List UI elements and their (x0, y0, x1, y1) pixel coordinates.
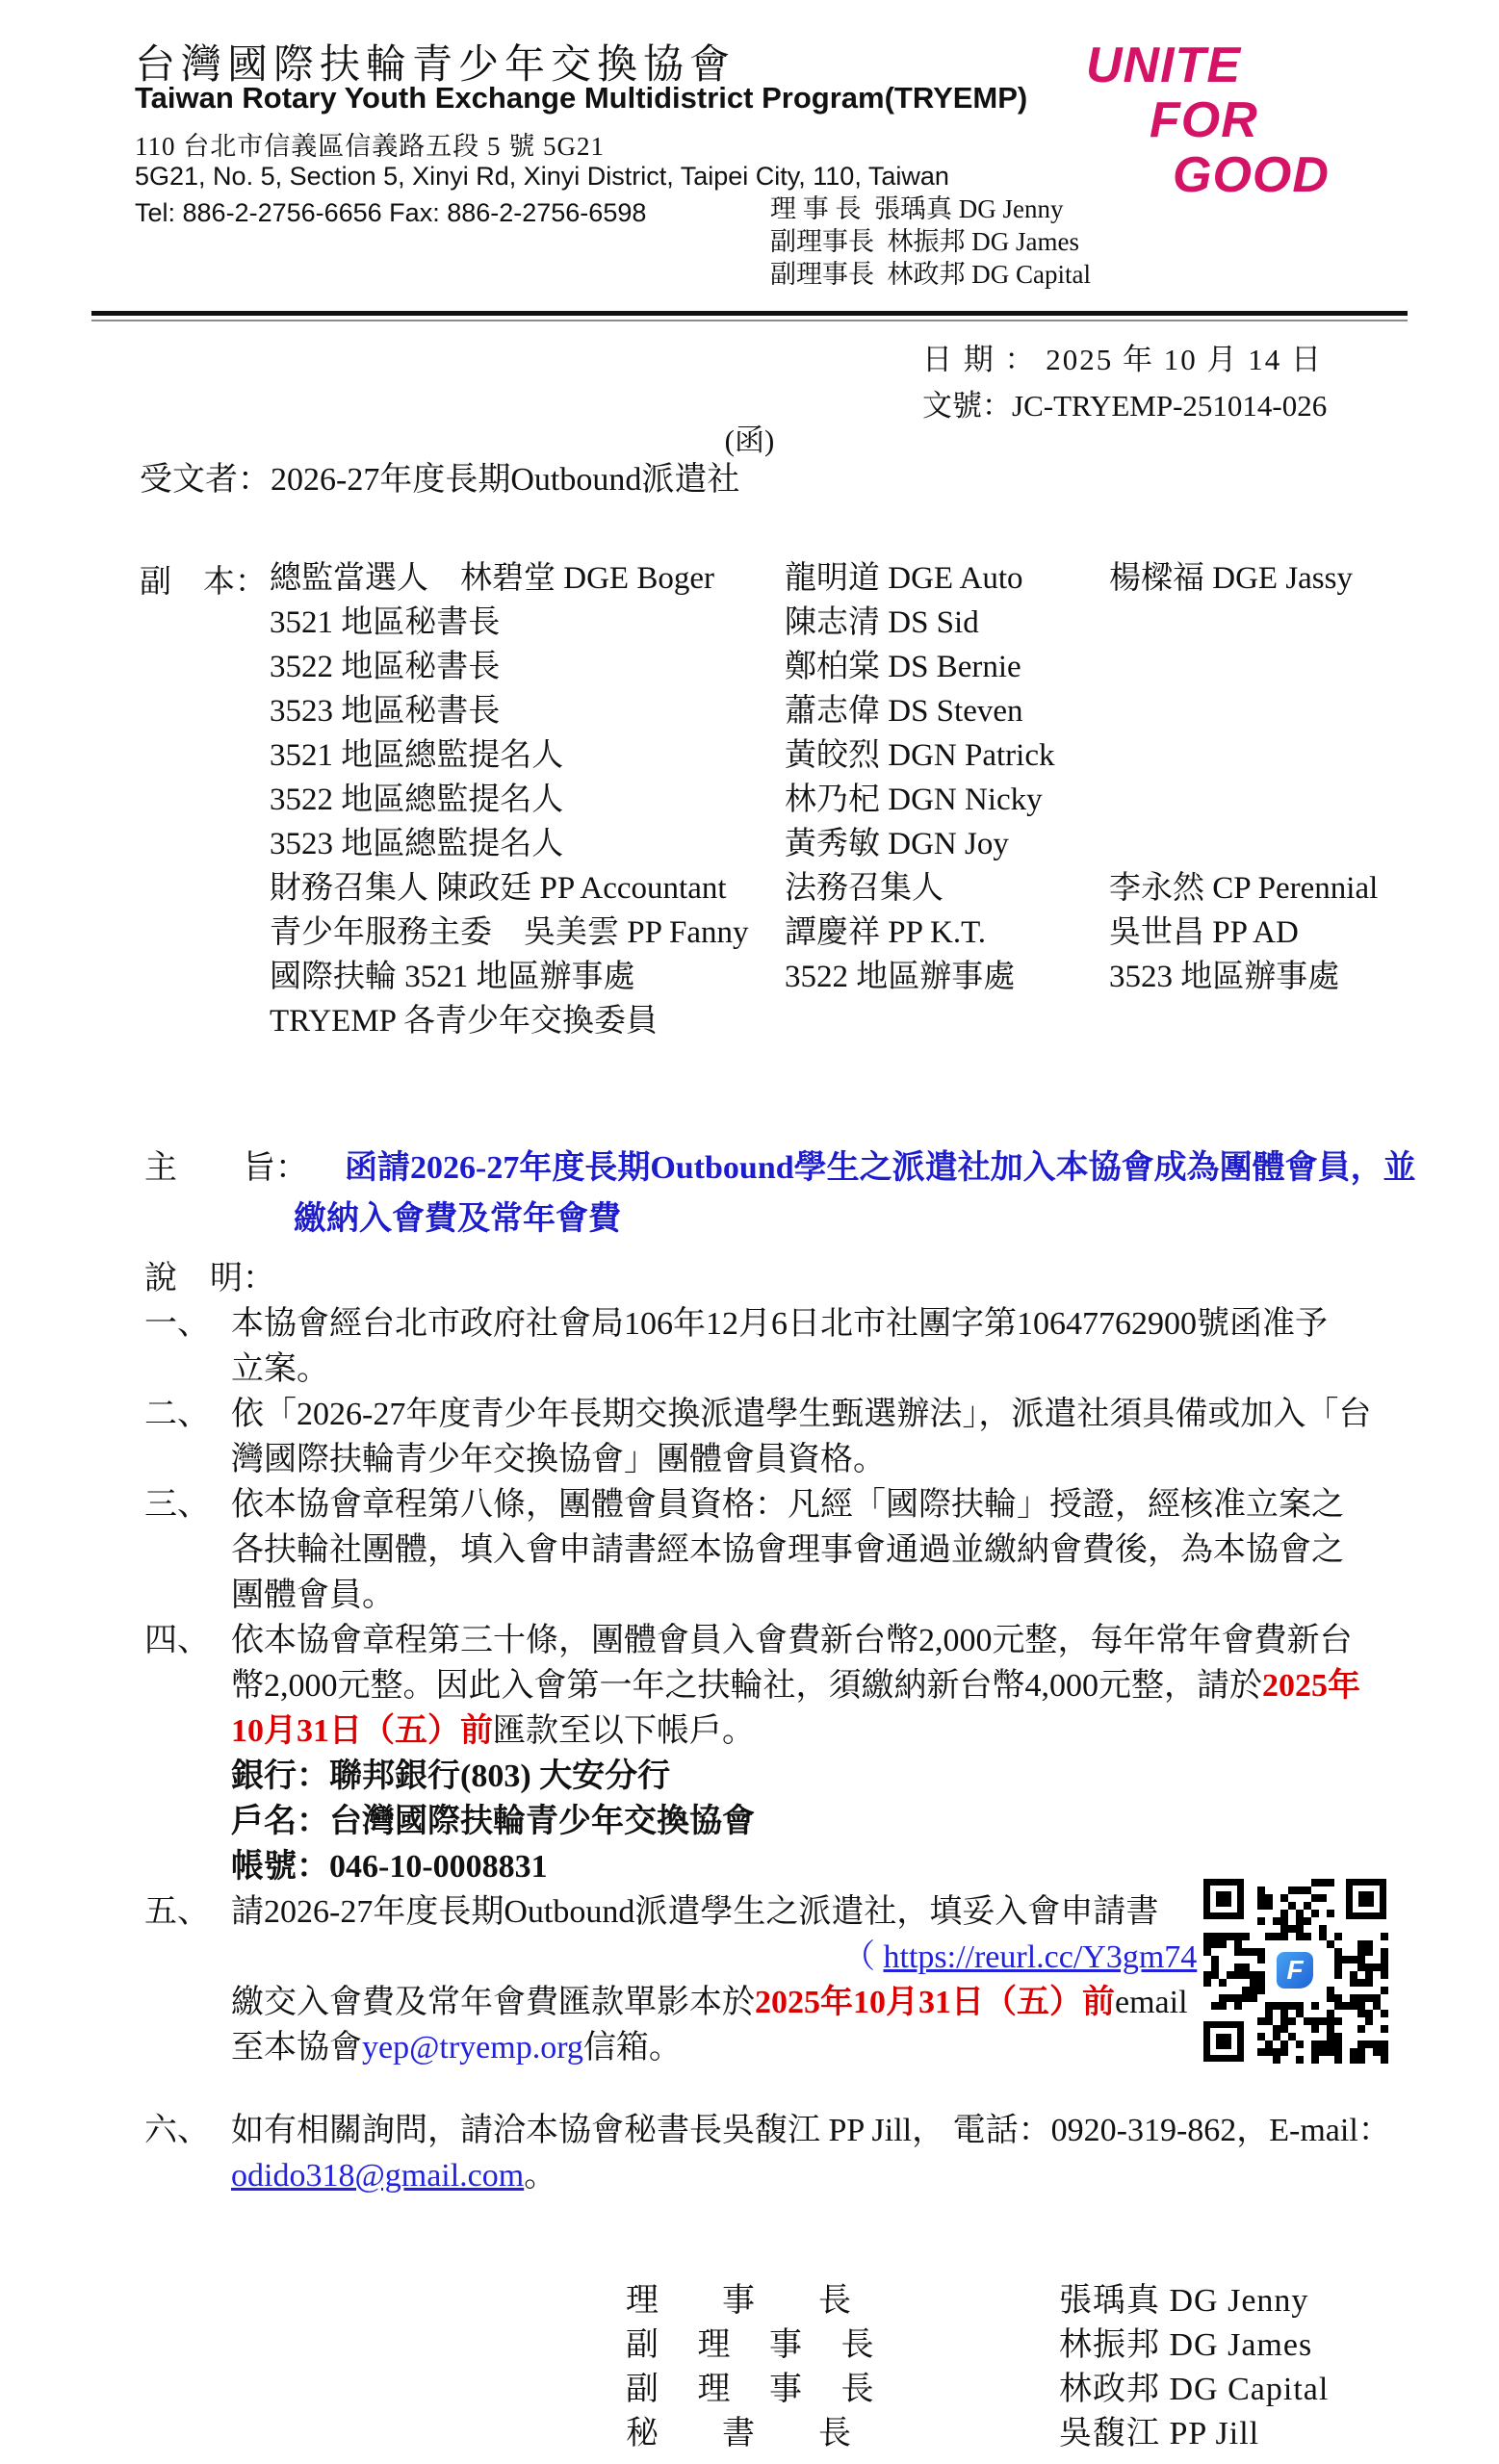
address-english: 5G21, No. 5, Section 5, Xinyi Rd, Xinyi … (135, 162, 949, 192)
header-divider-rule-shadow (91, 320, 1408, 321)
official-name: 張瑀真 DG Jenny (874, 194, 1064, 223)
item-3-line-1: 依本協會章程第八條，團體會員資格：凡經「國際扶輪」授證，經核准立案之 (231, 1477, 1344, 1525)
cc-cell: 青少年服務主委 吳美雲 PP Fanny (270, 911, 785, 955)
item-4-line-2-text: 幣2,000元整。因此入會第一年之扶輪社，須繳納新台幣4,000元整，請於 (231, 1668, 1262, 1704)
cc-cell: 3523 地區辦事處 (1109, 955, 1378, 999)
odido-email-link[interactable]: odido318@gmail.com (231, 2158, 524, 2194)
qr-finder-icon (1203, 2021, 1244, 2062)
tel-fax-line: Tel: 886-2-2756-6656 Fax: 886-2-2756-659… (135, 198, 646, 228)
item-6-number: 六、 (144, 2103, 210, 2150)
item-5-line-4-text-2: 信箱。 (583, 2030, 682, 2066)
qr-finder-icon (1346, 1879, 1386, 1919)
officials-block: 理 事 長 張瑀真 DG Jenny 副理事長 林振邦 DG James 副理事… (770, 192, 1091, 291)
official-title: 副理事長 (770, 227, 874, 256)
signature-name: 林振邦 DG James (1059, 2323, 1312, 2368)
cc-cell: TRYEMP 各青少年交換委員 (270, 999, 785, 1043)
item-6-line-1: 如有相關詢問，請洽本協會秘書長吳馥江 PP Jill， 電話：0920-319-… (231, 2103, 1391, 2150)
item-4-line-2: 幣2,000元整。因此入會第一年之扶輪社，須繳納新台幣4,000元整，請於202… (231, 1658, 1360, 1706)
item-2-line-1: 依「2026-27年度青少年長期交換派遣學生甄選辦法」，派遣社須具備或加入「台 (231, 1387, 1371, 1434)
account-number-line: 帳號：046-10-0008831 (231, 1839, 548, 1886)
letter-document: 台灣國際扶輪青少年交換協會 Taiwan Rotary Youth Exchan… (0, 0, 1499, 2464)
cc-row: 財務召集人 陳政廷 PP Accountant法務召集人李永然 CP Peren… (270, 866, 1378, 911)
item-5-number: 五、 (144, 1885, 210, 1932)
item-5-line-1: 請2026-27年度長期Outbound派遣學生之派遣社，填妥入會申請書 (231, 1885, 1158, 1932)
signature-title: 秘 書 長 (626, 2412, 866, 2456)
cc-cell: 3523 地區秘書長 (270, 689, 785, 733)
cc-cell: 蕭志偉 DS Steven (785, 689, 1109, 733)
cc-cell: 黃皎烈 DGN Patrick (785, 733, 1109, 778)
cc-cell: 3522 地區總監提名人 (270, 778, 785, 822)
signature-row-vice-chair-2: 副 理 事 長 林政邦 DG Capital (626, 2368, 890, 2412)
address-chinese: 110 台北市信義區信義路五段 5 號 5G21 (135, 125, 605, 163)
official-name: 林振邦 DG James (888, 227, 1079, 256)
qr-finder-icon (1203, 1879, 1244, 1919)
cc-row: 總監當選人 林碧堂 DGE Boger龍明道 DGE Auto楊樑福 DGE J… (270, 556, 1378, 601)
cc-row: 3522 地區總監提名人林乃杞 DGN Nicky (270, 778, 1378, 822)
item-2-number: 二、 (144, 1387, 210, 1434)
qr-code: F (1203, 1879, 1386, 2062)
item-5-line-4-text-1: 至本協會 (231, 2030, 362, 2066)
item-3-line-3: 團體會員。 (231, 1568, 395, 1615)
subject-label: 主 旨： (144, 1141, 308, 1188)
cc-cell: 3523 地區總監提名人 (270, 822, 785, 866)
cc-cell: 譚慶祥 PP K.T. (785, 911, 1109, 955)
cc-row: 3523 地區總監提名人黃秀敏 DGN Joy (270, 822, 1378, 866)
cc-cell: 3522 地區辦事處 (785, 955, 1109, 999)
qr-logo-letter: F (1277, 1952, 1313, 1989)
cc-row: 青少年服務主委 吳美雲 PP Fanny譚慶祥 PP K.T.吳世昌 PP AD (270, 911, 1378, 955)
cc-cell: 3521 地區秘書長 (270, 601, 785, 645)
cc-cell (1109, 733, 1378, 778)
signature-title: 理 事 長 (626, 2279, 866, 2323)
cc-row: 3522 地區秘書長鄭柏棠 DS Bernie (270, 645, 1378, 689)
official-vice-chair-1: 副理事長 林振邦 DG James (770, 225, 1091, 258)
cc-row: 3521 地區秘書長陳志清 DS Sid (270, 601, 1378, 645)
signature-row-chair: 理 事 長 張瑀真 DG Jenny (626, 2279, 890, 2323)
cc-cell: 李永然 CP Perennial (1109, 866, 1378, 911)
cc-cell: 3522 地區秘書長 (270, 645, 785, 689)
cc-cell: 林乃杞 DGN Nicky (785, 778, 1109, 822)
recipient-line: 受文者：2026-27年度長期Outbound派遣社 (140, 452, 739, 500)
item-4-line-3: 10月31日（五）前匯款至以下帳戶。 (231, 1704, 755, 1751)
item-5-line-3: 繳交入會費及常年會費匯款單影本於2025年10月31日（五）前email (231, 1975, 1188, 2022)
item-6-line-2: odido318@gmail.com。 (231, 2148, 556, 2195)
official-title: 副理事長 (770, 260, 874, 289)
cc-cell: 財務召集人 陳政廷 PP Accountant (270, 866, 785, 911)
cc-cell: 陳志清 DS Sid (785, 601, 1109, 645)
subject-line-1: 函請2026-27年度長期Outbound學生之派遣社加入本協會成為團體會員，並 (345, 1141, 1416, 1188)
signature-title: 副 理 事 長 (626, 2368, 890, 2412)
item-5-line-3-text-1: 繳交入會費及常年會費匯款單影本於 (231, 1985, 755, 2020)
official-chair: 理 事 長 張瑀真 DG Jenny (770, 192, 1091, 225)
cc-cell: 國際扶輪 3521 地區辦事處 (270, 955, 785, 999)
item-6-line-2-end: 。 (524, 2158, 556, 2194)
explanation-label: 說 明： (144, 1251, 275, 1298)
cc-cell: 吳世昌 PP AD (1109, 911, 1378, 955)
cc-cell: 法務召集人 (785, 866, 1109, 911)
qr-center-logo-icon: F (1270, 1945, 1320, 1995)
cc-cell: 鄭柏棠 DS Bernie (785, 645, 1109, 689)
cc-cell: 楊樑福 DGE Jassy (1109, 556, 1378, 601)
cc-list: 總監當選人 林碧堂 DGE Boger龍明道 DGE Auto楊樑福 DGE J… (270, 556, 1378, 1043)
item-1-line-2: 立案。 (231, 1342, 329, 1389)
recipient-label: 受文者： (140, 462, 271, 498)
cc-cell (1109, 645, 1378, 689)
paren-open: （ (842, 1939, 884, 1975)
item-5-line-4: 至本協會yep@tryemp.org信箱。 (231, 2020, 682, 2067)
cc-row: TRYEMP 各青少年交換委員 (270, 999, 1378, 1043)
cc-cell (1109, 778, 1378, 822)
item-3-number: 三、 (144, 1477, 210, 1525)
cc-cell: 黃秀敏 DGN Joy (785, 822, 1109, 866)
deadline-text: 2025年10月31日（五）前 (755, 1985, 1115, 2020)
cc-cell (1109, 999, 1378, 1043)
signature-row-secretary: 秘 書 長 吳馥江 PP Jill (626, 2412, 890, 2456)
item-4-line-1: 依本協會章程第三十條，團體會員入會費新台幣2,000元整，每年常年會費新台 (231, 1613, 1353, 1660)
item-1-number: 一、 (144, 1296, 210, 1344)
cc-label: 副 本： (140, 556, 267, 602)
bank-name-line: 銀行：聯邦銀行(803) 大安分行 (231, 1749, 670, 1796)
logo-word-unite: UNITE (1086, 38, 1330, 93)
subject-line-2: 繳納入會費及常年會費 (294, 1192, 621, 1239)
item-4-line-3-text: 匯款至以下帳戶。 (493, 1713, 755, 1749)
deadline-text: 2025年 (1262, 1668, 1360, 1704)
recipient-value: 2026-27年度長期Outbound派遣社 (271, 462, 739, 498)
unite-for-good-logo: UNITE FOR GOOD (1086, 38, 1330, 203)
official-vice-chair-2: 副理事長 林政邦 DG Capital (770, 258, 1091, 291)
item-5-line-3-text-2: email (1115, 1985, 1188, 2020)
org-name-english: Taiwan Rotary Youth Exchange Multidistri… (135, 81, 1027, 115)
item-1-line-1: 本協會經台北市政府社會局106年12月6日北市社團字第10647762900號函… (231, 1296, 1328, 1344)
account-name-line: 戶名：台灣國際扶輪青少年交換協會 (231, 1794, 755, 1841)
application-form-link[interactable]: https://reurl.cc/Y3gm74 (884, 1939, 1198, 1975)
cc-cell (1109, 601, 1378, 645)
cc-row: 3523 地區秘書長蕭志偉 DS Steven (270, 689, 1378, 733)
header-divider-rule (91, 311, 1408, 316)
cc-cell (785, 999, 1109, 1043)
signature-name: 吳馥江 PP Jill (1059, 2412, 1259, 2456)
cc-row: 3521 地區總監提名人黃皎烈 DGN Patrick (270, 733, 1378, 778)
cc-cell: 龍明道 DGE Auto (785, 556, 1109, 601)
cc-cell: 3521 地區總監提名人 (270, 733, 785, 778)
logo-word-good: GOOD (1173, 148, 1330, 203)
official-title: 理 事 長 (770, 194, 862, 223)
cc-cell: 總監當選人 林碧堂 DGE Boger (270, 556, 785, 601)
signature-row-vice-chair-1: 副 理 事 長 林振邦 DG James (626, 2323, 890, 2368)
signature-name: 張瑀真 DG Jenny (1059, 2279, 1308, 2323)
logo-word-for: FOR (1150, 93, 1330, 148)
item-4-number: 四、 (144, 1613, 210, 1660)
signature-name: 林政邦 DG Capital (1059, 2368, 1329, 2412)
signature-title: 副 理 事 長 (626, 2323, 890, 2368)
official-name: 林政邦 DG Capital (888, 260, 1091, 289)
item-3-line-2: 各扶輪社團體，填入會申請書經本協會理事會通過並繳納會費後，為本協會之 (231, 1523, 1344, 1570)
cc-cell (1109, 822, 1378, 866)
application-form-link-line: （ https://reurl.cc/Y3gm74 ） (842, 1930, 1238, 1977)
deadline-text: 10月31日（五）前 (231, 1713, 493, 1749)
item-2-line-2: 灣國際扶輪青少年交換協會」團體會員資格。 (231, 1432, 886, 1479)
date-line: 日 期 ： 2025 年 10 月 14 日 (922, 335, 1323, 378)
cc-row: 國際扶輪 3521 地區辦事處3522 地區辦事處3523 地區辦事處 (270, 955, 1378, 999)
signature-block: 理 事 長 張瑀真 DG Jenny 副 理 事 長 林振邦 DG James … (626, 2279, 890, 2456)
cc-cell (1109, 689, 1378, 733)
yep-email-link[interactable]: yep@tryemp.org (362, 2030, 583, 2066)
